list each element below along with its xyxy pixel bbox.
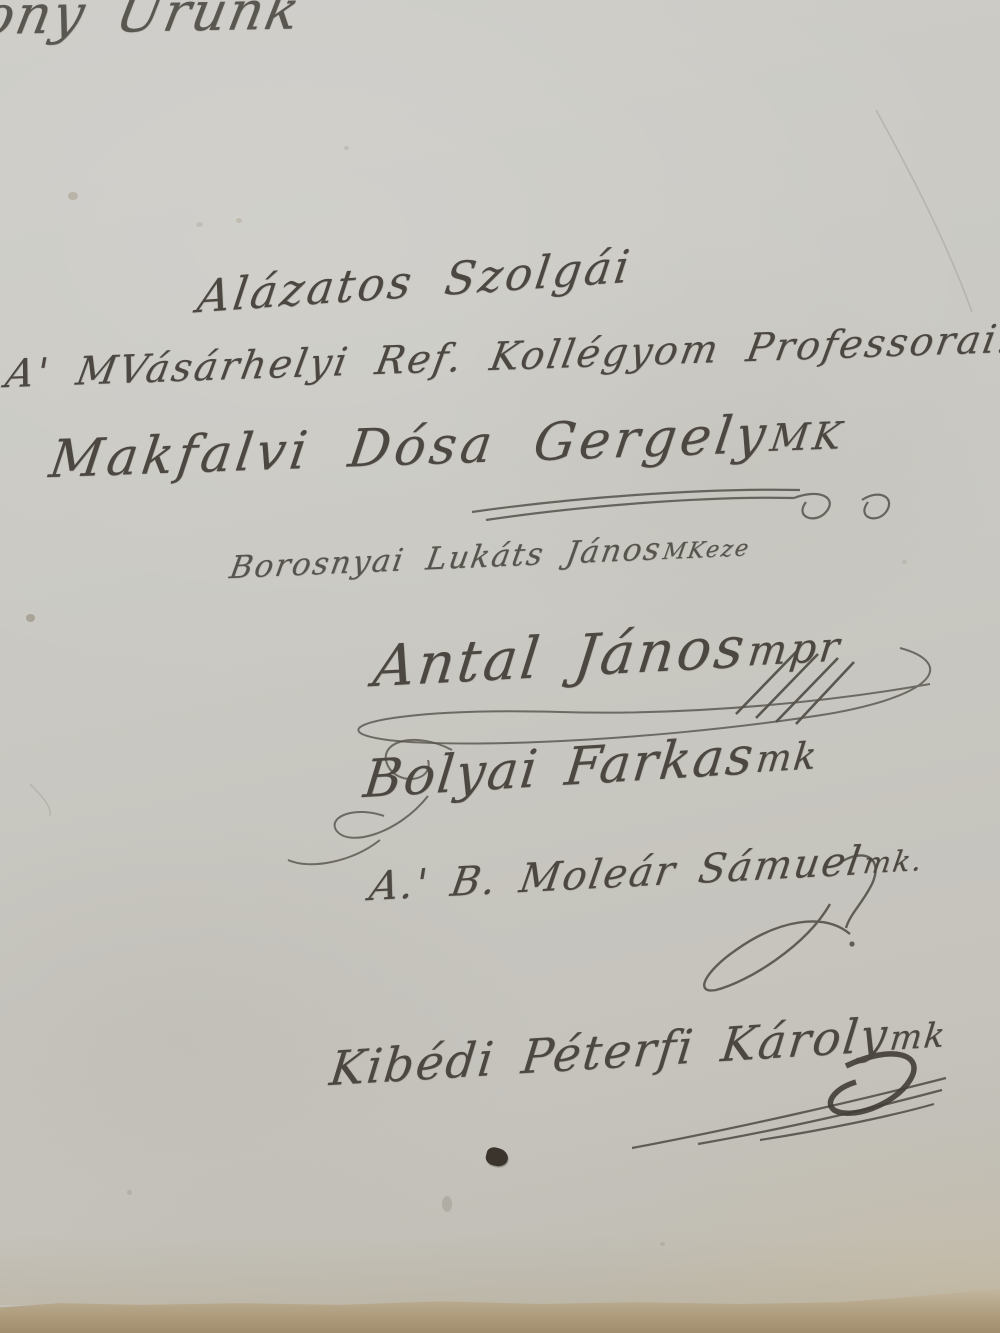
text-fragment-top: ony Urunk — [0, 0, 307, 47]
signature-borosnyai-manu-mark: MKeze — [661, 535, 752, 565]
signature-peterfi-manu-mark: mk — [888, 1015, 949, 1058]
text-fragment-top-label: ony Urunk — [0, 0, 307, 47]
foxing-spot — [236, 218, 242, 223]
foxing-spot — [196, 222, 203, 227]
foxing-spot — [68, 192, 78, 200]
foxing-spot — [26, 614, 35, 622]
manuscript-photo: ony Urunk Alázatos Szolgái A' MVásárhely… — [0, 0, 1000, 1333]
foxing-spot — [344, 146, 349, 150]
signature-molnar-manu-mark: mk. — [861, 843, 926, 880]
page-edge-fade — [0, 1235, 1000, 1305]
smudge-spot — [442, 1196, 452, 1212]
signature-dosa-manu-mark: MK — [768, 413, 848, 460]
foxing-spot — [127, 1190, 132, 1195]
foxing-spot — [902, 560, 907, 564]
signature-antal-manu-mark: mpr — [745, 622, 845, 675]
signature-bolyai-manu-mark: mk — [754, 733, 821, 781]
